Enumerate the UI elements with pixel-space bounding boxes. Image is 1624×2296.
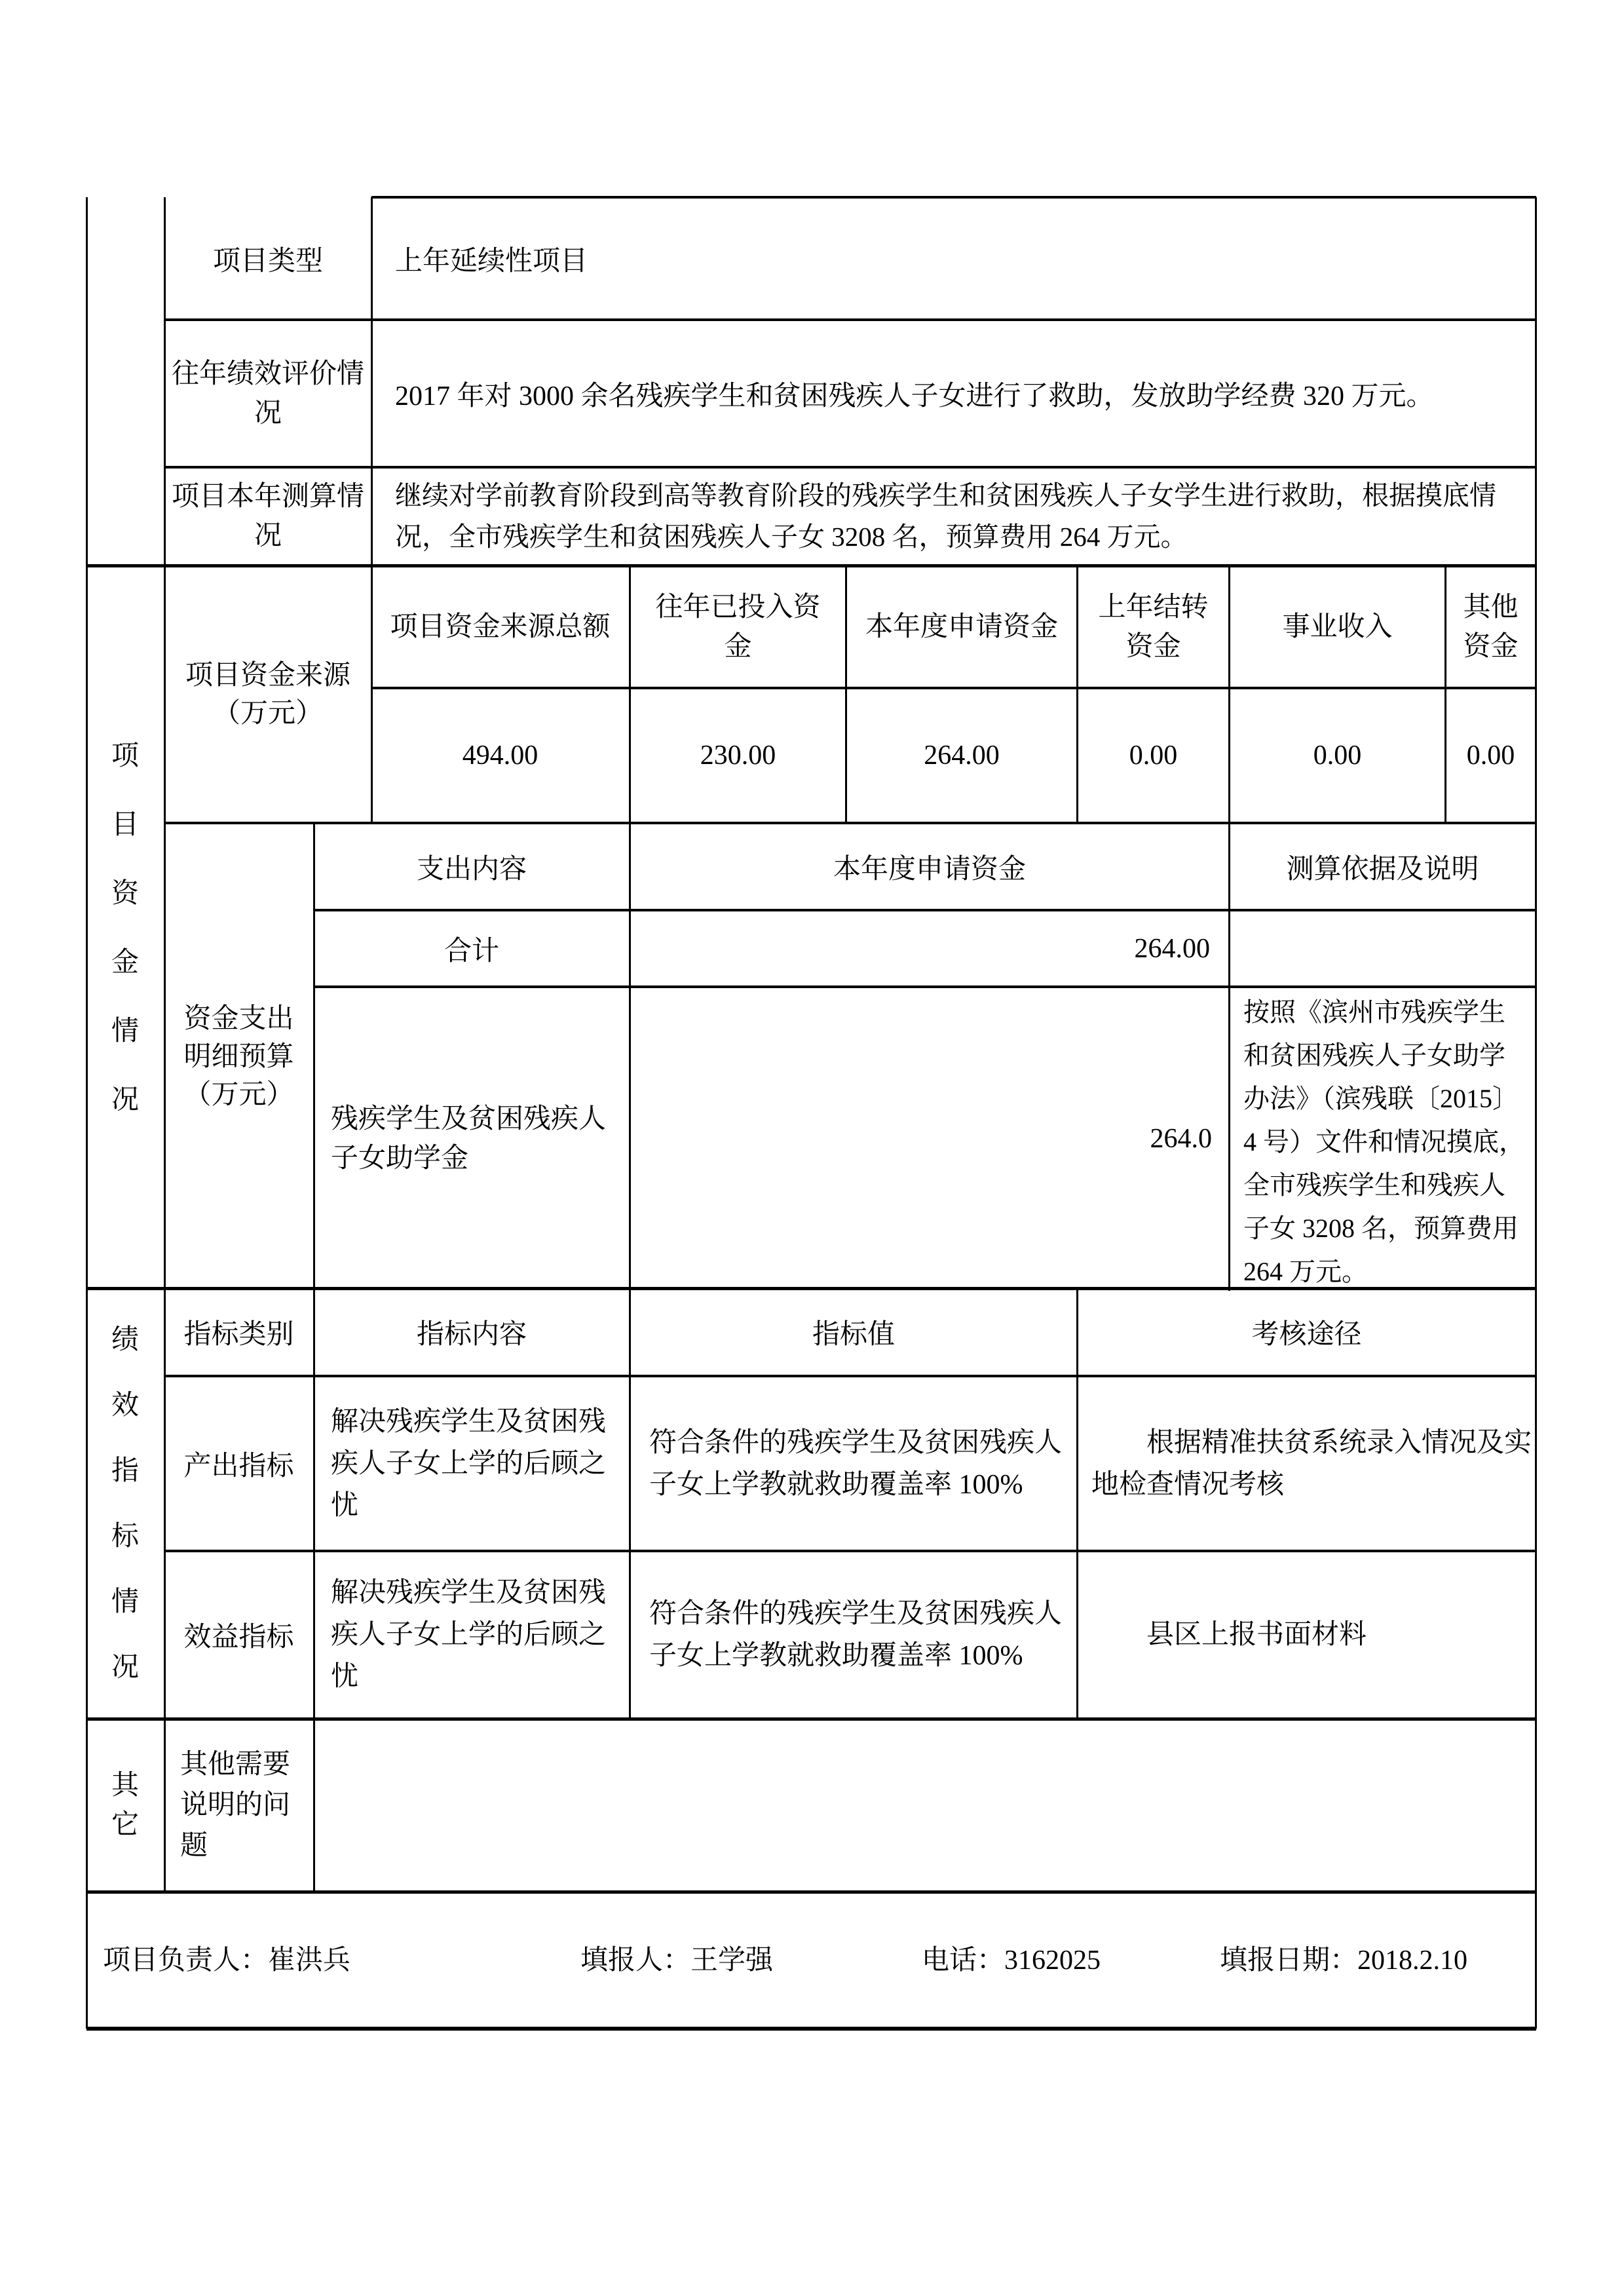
- current-estimate-value: 继续对学前教育阶段到高等教育阶段的残疾学生和贫困残疾人子女学生进行救助，根据摸底…: [395, 467, 1536, 565]
- past-performance-label: 往年绩效评价情况: [164, 320, 371, 467]
- expenditure-total-name: 合计: [314, 910, 629, 987]
- funding-value-other: 0.00: [1446, 688, 1535, 823]
- indicator-header-method: 考核途径: [1078, 1288, 1535, 1376]
- funding-col-operating-income: 事业收入: [1230, 565, 1445, 688]
- project-type-label: 项目类型: [164, 197, 371, 320]
- funding-section-title-text: 项目资金情况: [111, 722, 139, 1135]
- document-page: { "basic_info": { "rows": [ { "label": "…: [0, 0, 1624, 2296]
- funding-col-current-request: 本年度申请资金: [847, 565, 1076, 688]
- benefit-indicator-value: 符合条件的残疾学生及贫困残疾人 子女上学教就救助覆盖率 100%: [649, 1551, 1074, 1719]
- project-manager: 项目负责人：崔洪兵: [103, 1943, 350, 1978]
- output-indicator-content: 解决残疾学生及贫困残 疾人子女上学的后顾之 忧: [331, 1376, 626, 1551]
- funding-section-title: 项目资金情况: [86, 565, 164, 1291]
- funding-value-carryover: 0.00: [1078, 688, 1228, 823]
- contact-phone: 电话：3162025: [922, 1943, 1101, 1978]
- expenditure-detail-note: 按照《滨州市残疾学生 和贫困残疾人子女助学 办法》（滨残联〔2015〕 4 号）…: [1243, 991, 1536, 1291]
- table-border-bottom: [86, 2027, 1536, 2031]
- funding-value-operating-income: 0.00: [1230, 688, 1445, 823]
- funding-value-current-request: 264.00: [847, 688, 1076, 823]
- expenditure-total-note: [1230, 910, 1535, 987]
- indicators-section-title-text: 绩效指标情况: [111, 1307, 139, 1700]
- expenditure-total-amount: 264.00: [631, 910, 1210, 987]
- indicator-header-content: 指标内容: [314, 1288, 629, 1376]
- benefit-indicator-category: 效益指标: [164, 1551, 313, 1719]
- expenditure-detail-amount: 264.0: [631, 987, 1212, 1291]
- indicator-header-value: 指标值: [631, 1288, 1076, 1376]
- fill-date: 填报日期：2018.2.10: [1220, 1943, 1467, 1978]
- expenditure-header-basis: 测算依据及说明: [1230, 823, 1535, 910]
- expenditure-budget-label: 资金支出 明细预算 （万元）: [164, 823, 313, 1291]
- project-type-value: 上年延续性项目: [395, 197, 1535, 320]
- funding-col-carryover: 上年结转 资金: [1078, 565, 1228, 688]
- other-issues-label: 其他需要 说明的问 题: [180, 1719, 313, 1892]
- benefit-indicator-content: 解决残疾学生及贫困残 疾人子女上学的后顾之 忧: [331, 1551, 626, 1719]
- expenditure-header-amount: 本年度申请资金: [631, 823, 1228, 910]
- funding-value-total: 494.00: [371, 688, 629, 823]
- past-performance-value: 2017 年对 3000 余名残疾学生和贫困残疾人子女进行了救助，发放助学经费 …: [395, 320, 1535, 467]
- output-indicator-value: 符合条件的残疾学生及贫困残疾人 子女上学教就救助覆盖率 100%: [649, 1376, 1074, 1551]
- form-preparer: 填报人：王学强: [580, 1943, 773, 1978]
- expenditure-detail-name: 残疾学生及贫困残疾人 子女助学金: [331, 987, 629, 1291]
- indicator-header-category: 指标类别: [164, 1288, 313, 1376]
- expenditure-header-content: 支出内容: [314, 823, 629, 910]
- current-estimate-label: 项目本年测算情况: [164, 467, 371, 565]
- funding-col-prior-invested: 往年已投入资 金: [631, 565, 845, 688]
- funding-col-total: 项目资金来源总额: [371, 565, 629, 688]
- output-indicator-category: 产出指标: [164, 1376, 313, 1551]
- funding-col-other: 其他 资金: [1446, 565, 1535, 688]
- other-issues-content: [331, 1719, 1535, 1892]
- indicators-section-title: 绩效指标情况: [86, 1288, 164, 1719]
- other-section-title: 其它: [86, 1719, 164, 1892]
- funding-value-prior-invested: 230.00: [631, 688, 845, 823]
- benefit-indicator-method: 县区上报书面材料: [1091, 1551, 1535, 1719]
- other-section-title-text: 其它: [111, 1766, 139, 1845]
- funding-source-label: 项目资金来源 （万元）: [164, 565, 371, 823]
- output-indicator-method: 根据精准扶贫系统录入情况及实 地检查情况考核: [1091, 1376, 1535, 1551]
